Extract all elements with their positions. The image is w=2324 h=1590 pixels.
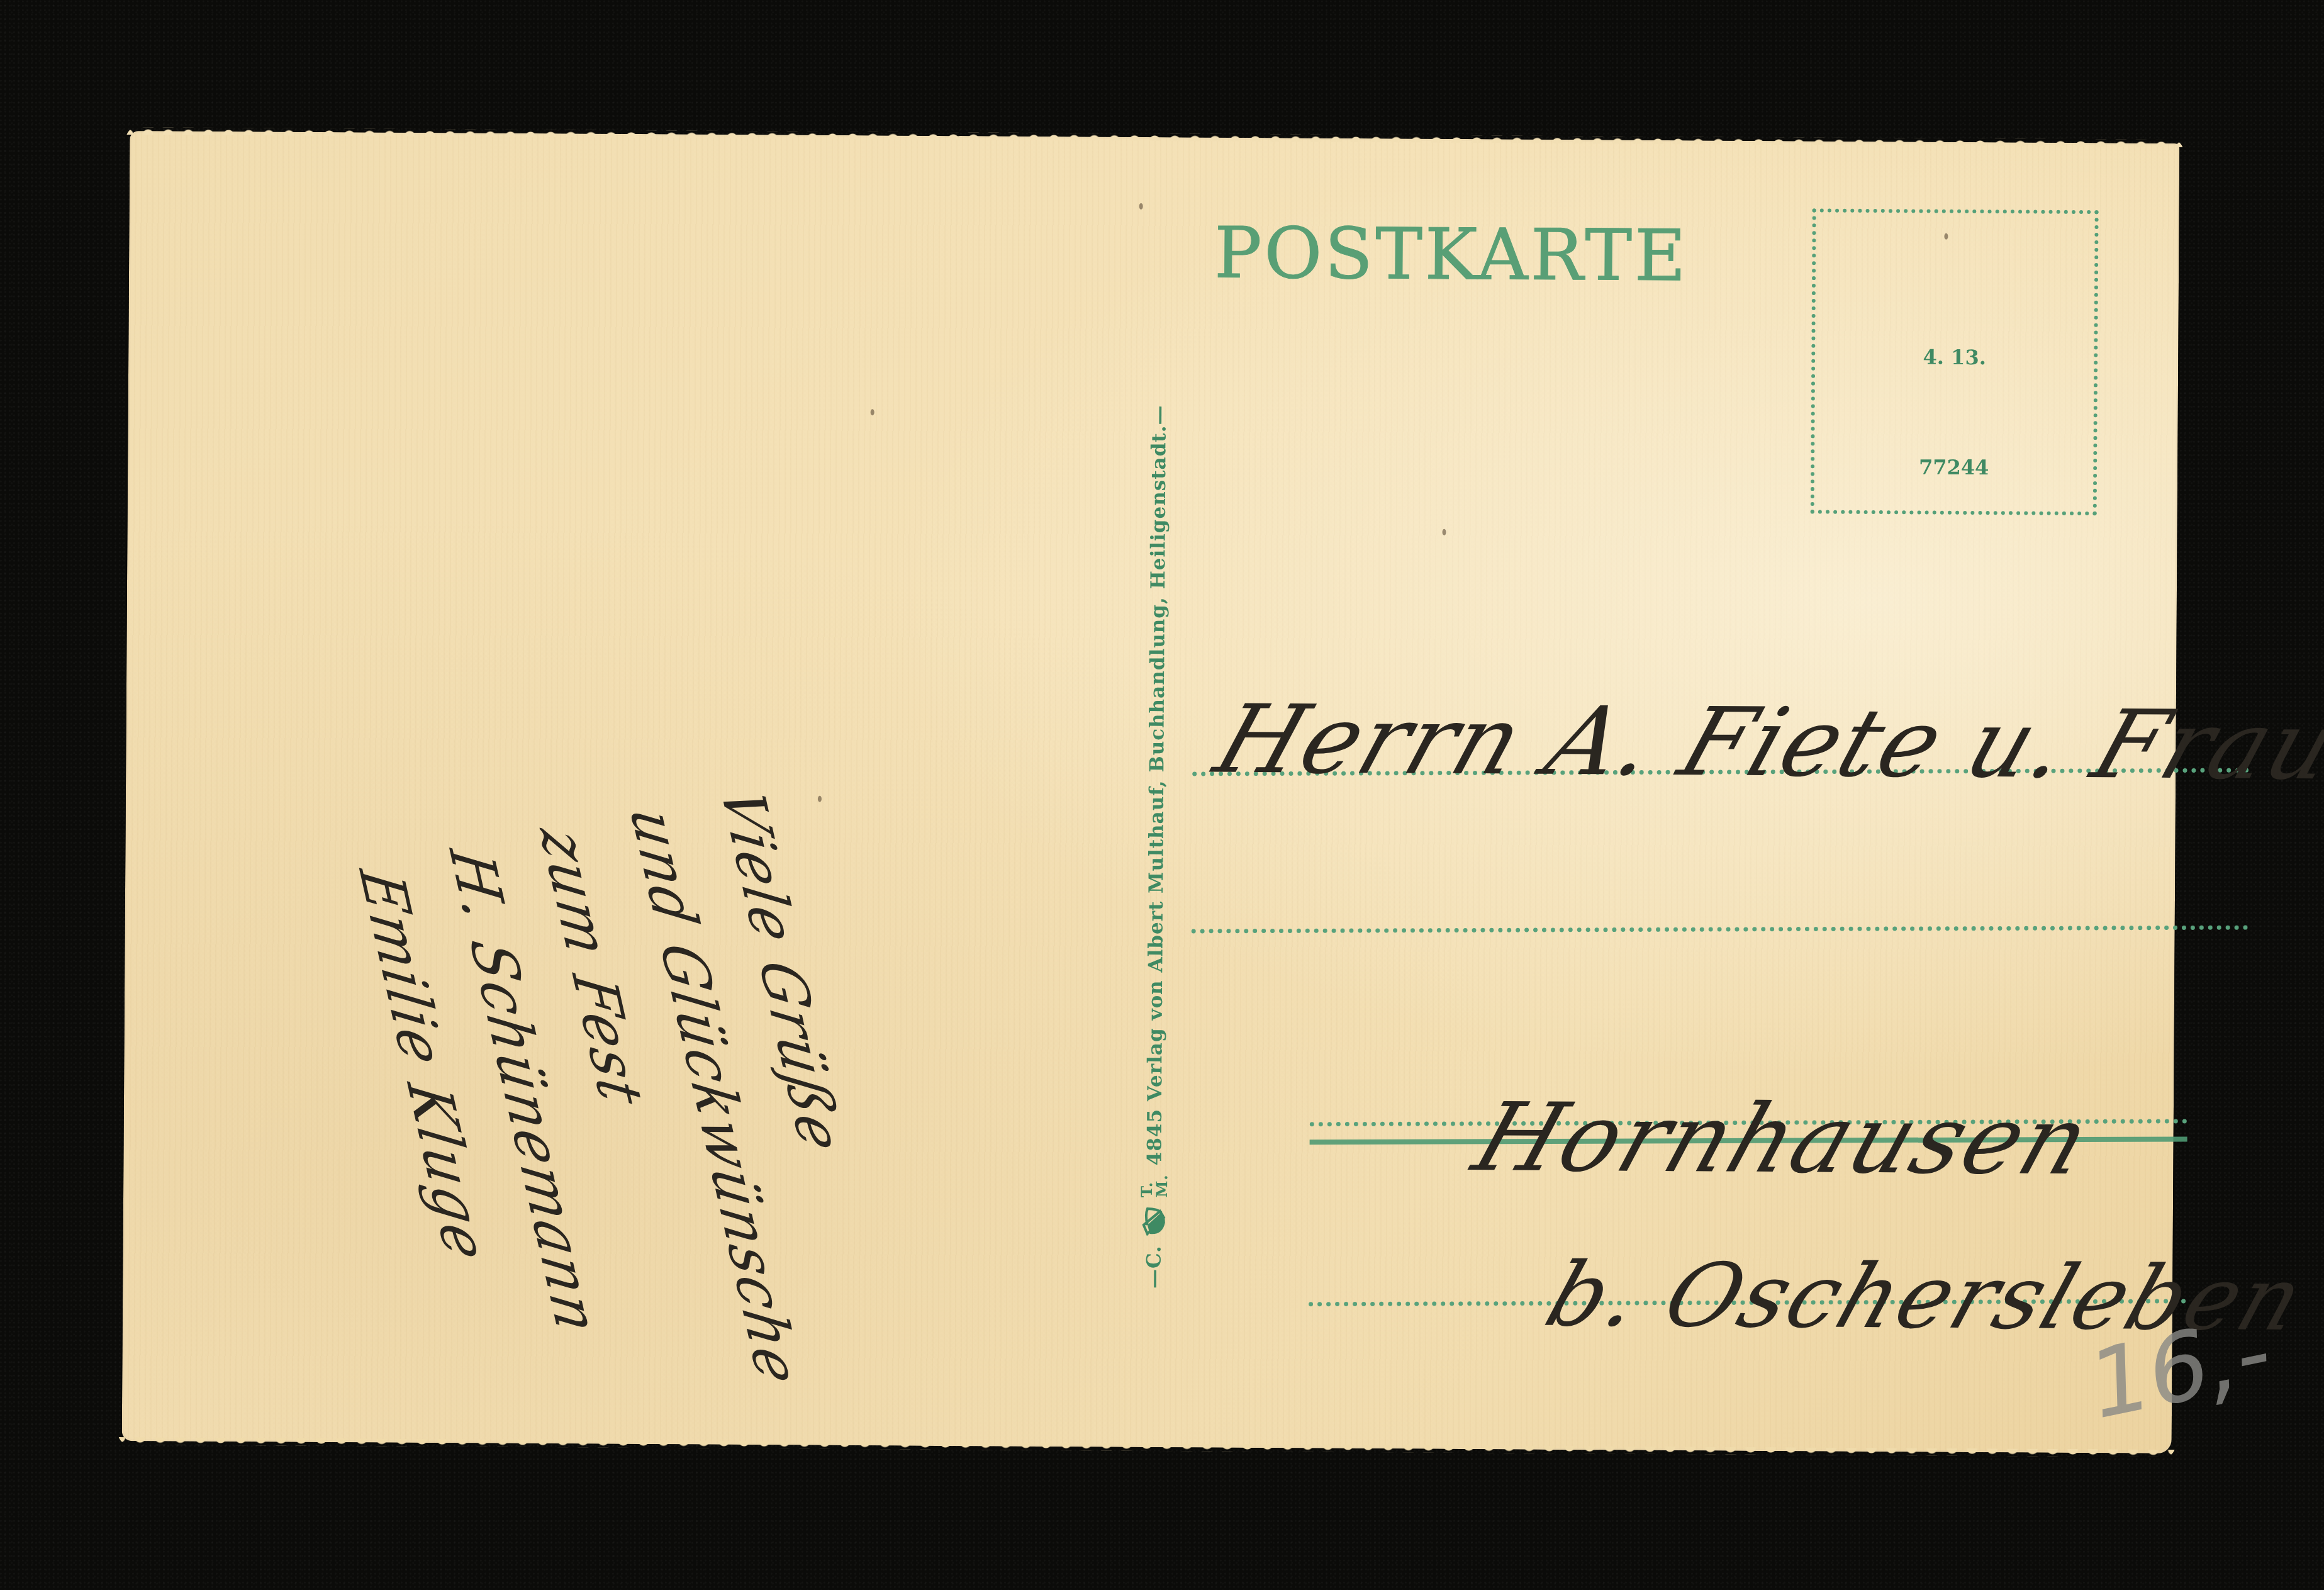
recipient-name: Herrn A. Fiete u. Frau xyxy=(1203,685,2324,801)
stamp-box-code: 4. 13. xyxy=(1815,344,2094,370)
paper-speck xyxy=(871,409,874,415)
paper-speck xyxy=(1944,233,1948,240)
stamp-box-number: 77244 xyxy=(1814,454,2093,480)
publisher-text: 4845 Verlag von Albert Multhauf, Buchhan… xyxy=(1143,405,1170,1165)
postcard-title: POSTKARTE xyxy=(1214,218,1689,292)
recipient-town: Hornhausen xyxy=(1461,1083,2104,1196)
publisher-imprint: —C. T. M. 4845 Verlag von Albert Multhau… xyxy=(1139,405,1175,1289)
paper-speck xyxy=(1139,203,1143,210)
publisher-monogram-icon xyxy=(1141,1206,1168,1236)
postcard: POSTKARTE 4. 13. 77244 —C. T. M. 4845 Ve… xyxy=(122,131,2180,1453)
publisher-mark: T. M. xyxy=(1139,1174,1170,1197)
stamp-placeholder-box: 4. 13. 77244 xyxy=(1811,208,2099,515)
publisher-prefix: —C. xyxy=(1142,1245,1165,1289)
paper-speck xyxy=(1443,529,1446,535)
address-line-2 xyxy=(1192,926,2249,934)
handwritten-message: Viele Grüße und Glückwünsche zum Fest H.… xyxy=(347,783,903,1452)
paper-speck xyxy=(818,796,822,802)
